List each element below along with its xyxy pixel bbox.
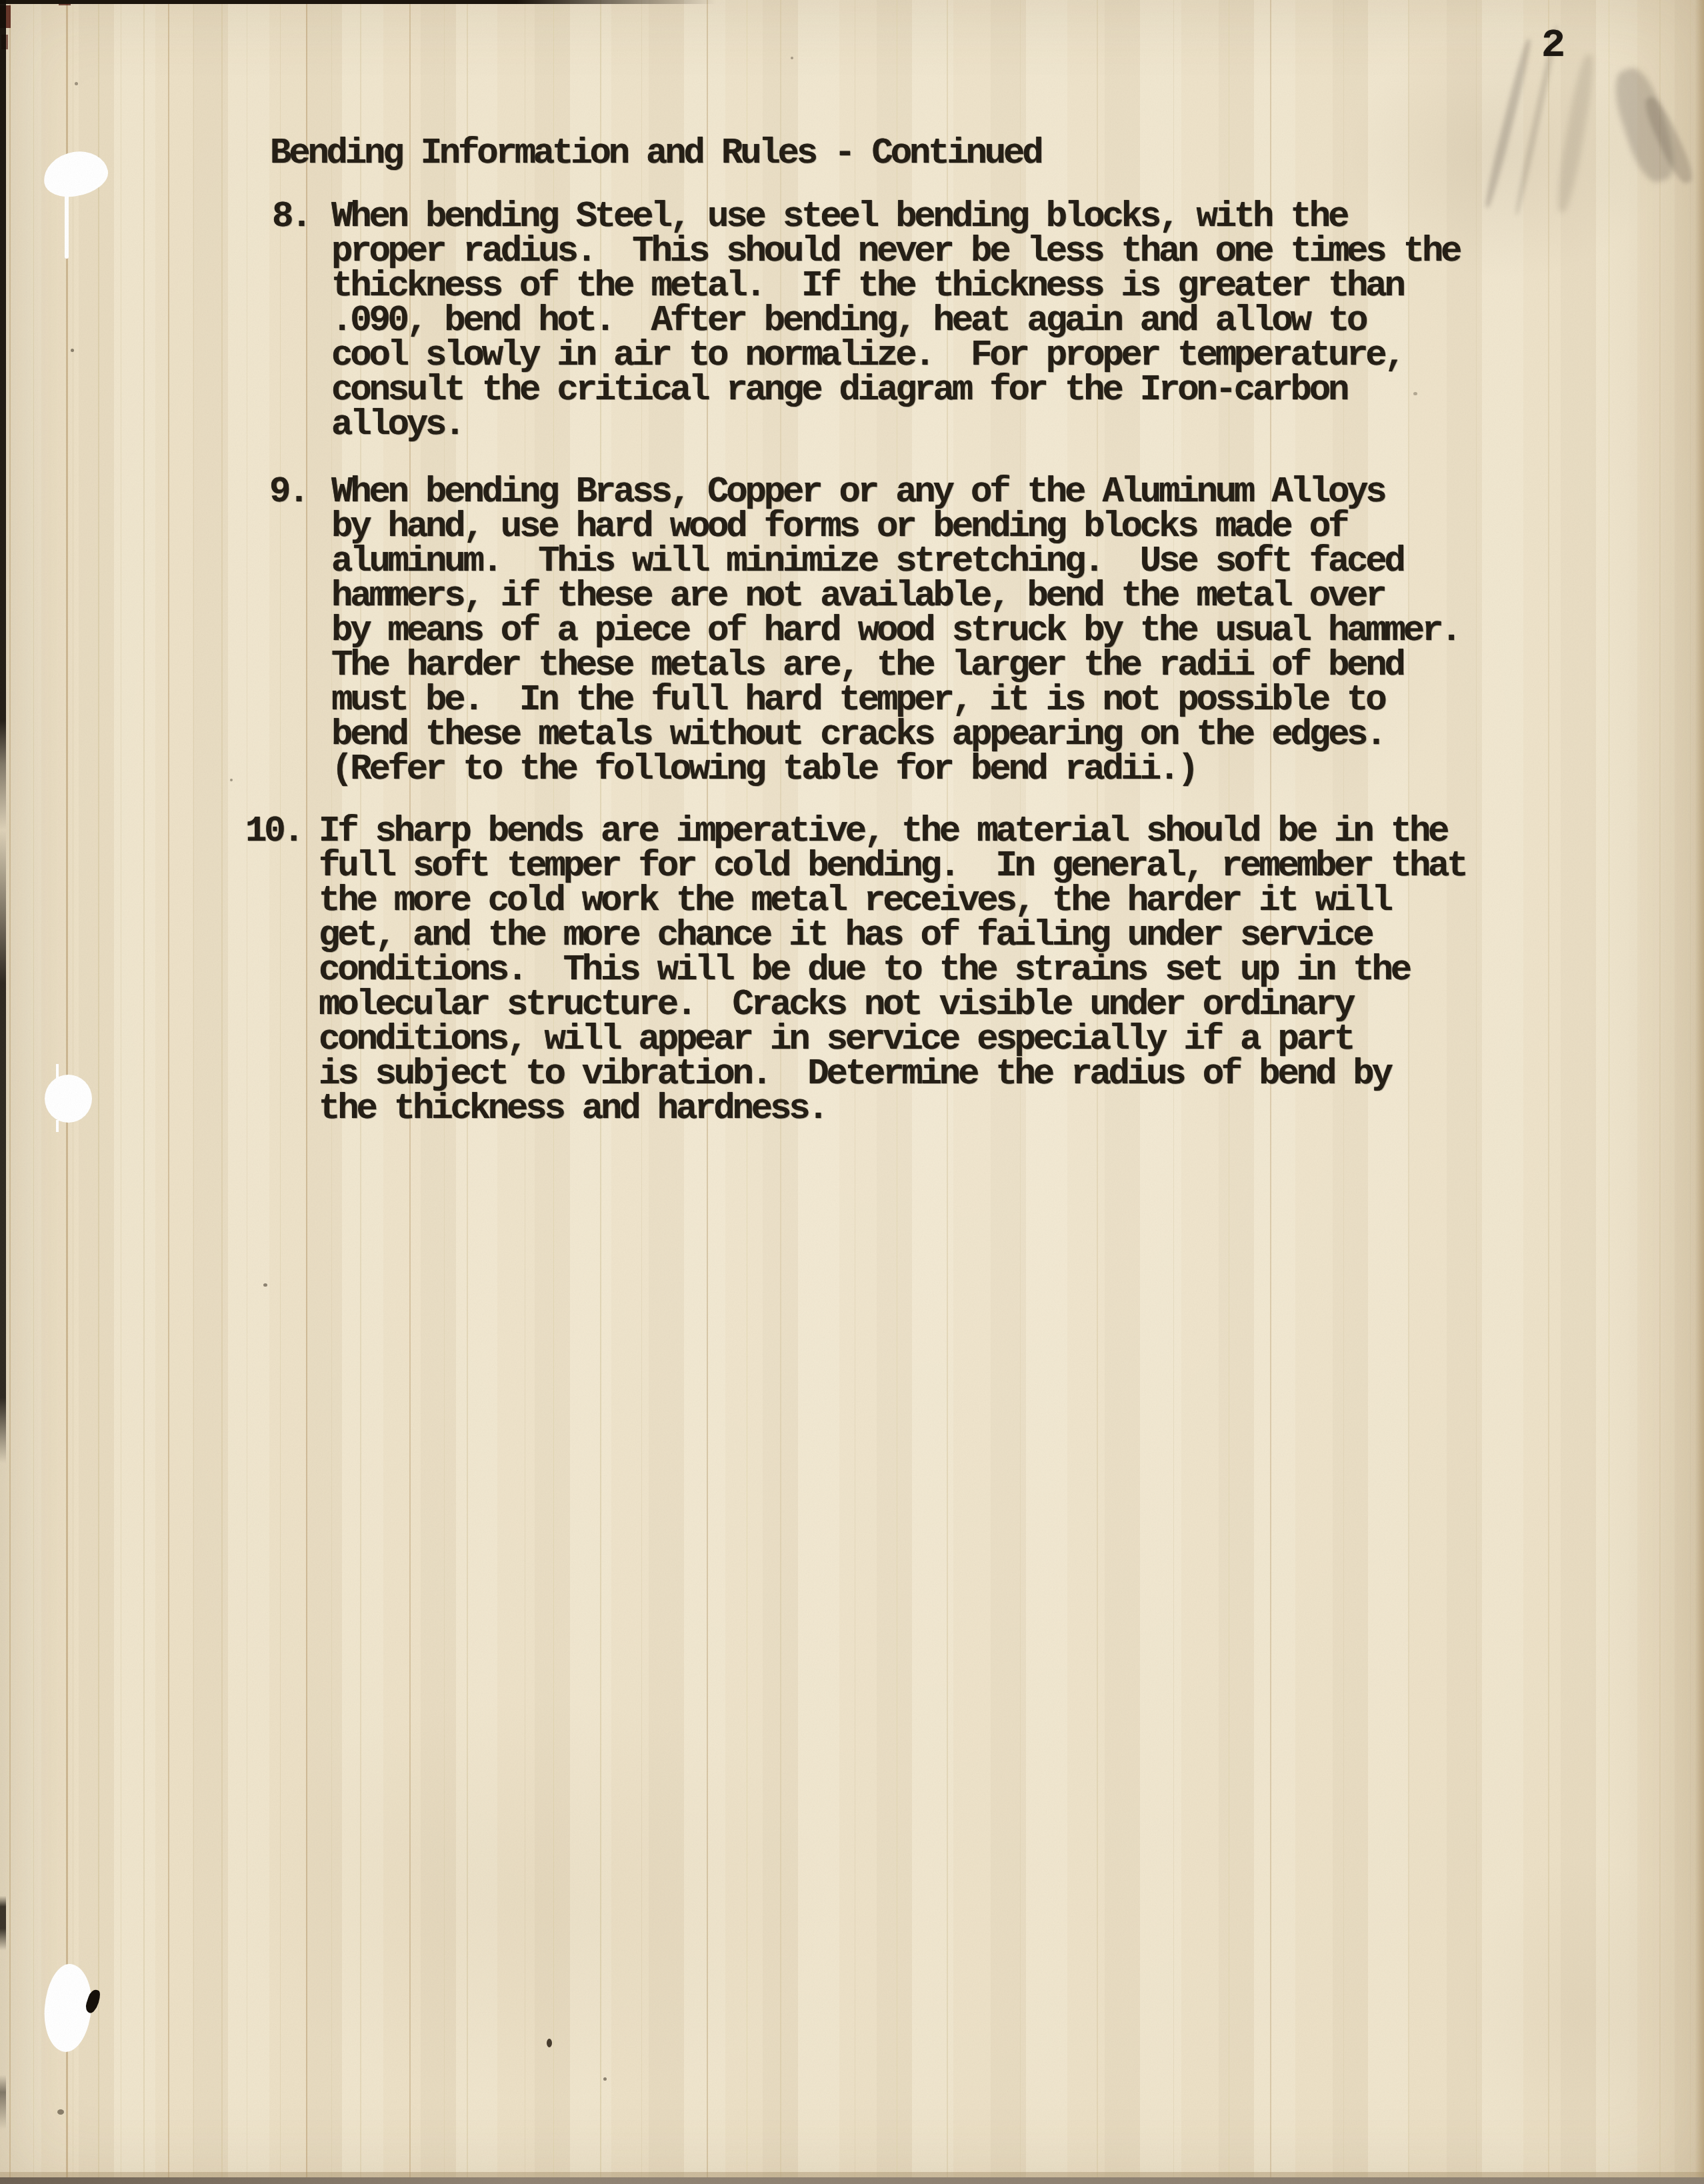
- scan-edge-right: [1695, 0, 1704, 2184]
- text-line: get, and the more chance it has of faili…: [319, 919, 1466, 953]
- ink-speck: [547, 2039, 552, 2047]
- paper-grain-line: [193, 0, 194, 2184]
- text-line: must be. In the full hard temper, it is …: [331, 683, 1459, 718]
- ink-speck: [791, 57, 793, 59]
- hole-punch-middle-tear: [56, 1064, 59, 1079]
- text-line: by means of a piece of hard wood struck …: [331, 614, 1459, 649]
- paper-grain-line: [221, 0, 223, 2184]
- text-line: molecular structure. Cracks not visible …: [319, 988, 1466, 1023]
- text-line: The harder these metals are, the larger …: [331, 649, 1459, 683]
- document-heading: Bending Information and Rules - Continue…: [270, 137, 1041, 171]
- stain: [227, 1693, 840, 2107]
- text-line: the more cold work the metal receives, t…: [319, 884, 1466, 919]
- ink-speck: [71, 349, 74, 352]
- paper-grain-line: [1609, 0, 1609, 2184]
- scan-edge-left: [0, 0, 6, 2184]
- ink-speck: [75, 82, 78, 85]
- ink-speck: [57, 2109, 64, 2115]
- ink-speck: [603, 2077, 607, 2081]
- ink-speck: [263, 1283, 267, 1287]
- text-line: thickness of the metal. If the thickness…: [331, 269, 1459, 304]
- scan-edge-bottom: [0, 2177, 1704, 2184]
- text-line: the thickness and hardness.: [319, 1092, 1466, 1127]
- list-number: 10.: [245, 815, 302, 849]
- hole-punch-top-tear: [65, 188, 69, 259]
- paper-grain-line: [1690, 0, 1691, 2184]
- paper-grain-line: [121, 0, 121, 2184]
- paper-grain-line: [1548, 0, 1549, 2184]
- text-line: full soft temper for cold bending. In ge…: [319, 849, 1466, 884]
- hole-punch-middle-tear: [56, 1120, 59, 1132]
- text-line: (Refer to the following table for bend r…: [331, 753, 1459, 787]
- text-line: alloys.: [331, 408, 1459, 443]
- text-line: hammers, if these are not available, ben…: [331, 579, 1459, 614]
- paper-grain-line: [9, 0, 11, 2184]
- list-number: 8.: [272, 200, 309, 235]
- hole-punch-middle: [45, 1075, 92, 1123]
- page-number: 2: [1541, 27, 1565, 65]
- text-line: .090, bend hot. After bending, heat agai…: [331, 304, 1459, 339]
- document-scan: { "colors": { "paper": "#ece0c6", "ink":…: [0, 0, 1704, 2184]
- scan-edge-top: [0, 0, 717, 4]
- text-line: consult the critical range diagram for t…: [331, 373, 1459, 408]
- text-line: by hand, use hard wood forms or bending …: [331, 510, 1459, 545]
- text-line: bend these metals without cracks appeari…: [331, 718, 1459, 753]
- list-number: 9.: [269, 475, 307, 510]
- paper-grain-line: [1476, 0, 1477, 2184]
- stain: [1453, 1853, 1704, 2173]
- text-line: aluminum. This will minimize stretching.…: [331, 545, 1459, 579]
- text-line: When bending Steel, use steel bending bl…: [331, 200, 1459, 235]
- paper-grain-line: [33, 0, 34, 2184]
- paper-grain-line: [98, 0, 99, 2184]
- ink-speck: [230, 779, 233, 781]
- text-line: proper radius. This should never be less…: [331, 235, 1459, 269]
- paper-grain-line: [1659, 0, 1661, 2184]
- text-line: cool slowly in air to normalize. For pro…: [331, 339, 1459, 373]
- text-line: conditions, will appear in service espec…: [319, 1023, 1466, 1057]
- paper-grain-line: [143, 0, 145, 2184]
- text-line: is subject to vibration. Determine the r…: [319, 1057, 1466, 1092]
- text-line: conditions. This will be due to the stra…: [319, 953, 1466, 988]
- text-line: When bending Brass, Copper or any of the…: [331, 475, 1459, 510]
- text-line: If sharp bends are imperative, the mater…: [319, 815, 1466, 849]
- paper-grain-line: [168, 0, 169, 2184]
